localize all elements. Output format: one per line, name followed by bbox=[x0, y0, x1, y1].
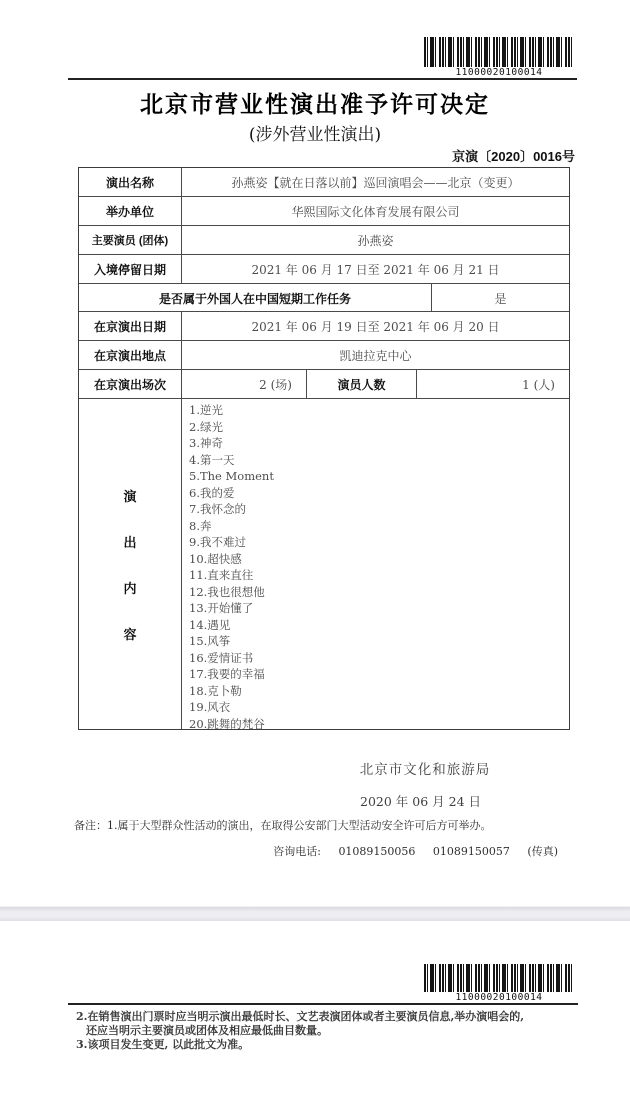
document-title: 北京市营业性演出准予许可决定 bbox=[0, 86, 630, 119]
song-item: 13.开始懂了 bbox=[189, 600, 563, 617]
song-item: 19.风衣 bbox=[189, 699, 563, 716]
table-row: 演出名称 孙燕姿【就在日落以前】巡回演唱会——北京（变更） bbox=[79, 168, 569, 196]
song-item: 9.我不难过 bbox=[189, 534, 563, 551]
song-item: 11.直来直往 bbox=[189, 567, 563, 584]
song-item: 16.爱情证书 bbox=[189, 650, 563, 667]
contact-phone-line: 咨询电话: 01089150056 01089150057 (传真) bbox=[200, 843, 558, 859]
remark-note-3: 3.该项目发生变更, 以此批文为准。 bbox=[76, 1036, 249, 1052]
row-label-main-performer: 主要演员 (团体) bbox=[79, 226, 181, 254]
row-value-performer-count: 1 (人) bbox=[416, 370, 569, 398]
table-row: 是否属于外国人在中国短期工作任务 是 bbox=[79, 283, 569, 311]
song-item: 17.我要的幸福 bbox=[189, 666, 563, 683]
song-item: 20.跳舞的梵谷 bbox=[189, 716, 563, 733]
phone-number-1: 01089150056 bbox=[338, 845, 415, 858]
row-value-beijing-venue: 凯迪拉克中心 bbox=[181, 341, 569, 369]
song-item: 14.遇见 bbox=[189, 617, 563, 634]
row-value-main-performer: 孙燕姿 bbox=[181, 226, 569, 254]
document-number: 京演〔2020〕0016号 bbox=[300, 146, 575, 165]
table-row: 举办单位 华熙国际文化体育发展有限公司 bbox=[79, 196, 569, 225]
content-label-char: 容 bbox=[123, 624, 136, 643]
song-item: 2.绿光 bbox=[189, 419, 563, 436]
row-label-beijing-venue: 在京演出地点 bbox=[79, 341, 181, 369]
row-value-short-term-work: 是 bbox=[431, 284, 569, 312]
table-row: 主要演员 (团体) 孙燕姿 bbox=[79, 225, 569, 254]
row-label-short-term-work: 是否属于外国人在中国短期工作任务 bbox=[79, 284, 431, 312]
song-item: 4.第一天 bbox=[189, 452, 563, 469]
barcode-bottom-number: 11000020100014 bbox=[424, 992, 574, 1003]
row-value-performance-name: 孙燕姿【就在日落以前】巡回演唱会——北京（变更） bbox=[181, 168, 569, 196]
row-value-show-count: 2 (场) bbox=[181, 370, 306, 398]
content-label-char: 出 bbox=[123, 532, 136, 551]
song-item: 8.奔 bbox=[189, 518, 563, 535]
issuing-authority: 北京市文化和旅游局 bbox=[280, 758, 570, 778]
row-label-entry-stay-dates: 入境停留日期 bbox=[79, 255, 181, 283]
table-row: 在京演出场次 2 (场) 演员人数 1 (人) bbox=[79, 369, 569, 398]
remark-note-1: 备注：1.属于大型群众性活动的演出，在取得公安部门大型活动安全许可后方可举办。 bbox=[74, 817, 492, 833]
song-item: 10.超快感 bbox=[189, 551, 563, 568]
song-list: 1.逆光 2.绿光 3.神奇 4.第一天 5.The Moment 6.我的爱 … bbox=[181, 399, 569, 729]
song-item: 18.克卜勒 bbox=[189, 683, 563, 700]
barcode-bottom-image bbox=[424, 964, 574, 992]
song-item: 1.逆光 bbox=[189, 402, 563, 419]
row-label-beijing-dates: 在京演出日期 bbox=[79, 312, 181, 340]
row-label-performer-count: 演员人数 bbox=[306, 370, 416, 398]
song-item: 12.我也很想他 bbox=[189, 584, 563, 601]
song-item: 15.风筝 bbox=[189, 633, 563, 650]
permit-table: 演出名称 孙燕姿【就在日落以前】巡回演唱会——北京（变更） 举办单位 华熙国际文… bbox=[78, 167, 570, 730]
barcode-top-image bbox=[424, 37, 574, 67]
song-item: 6.我的爱 bbox=[189, 485, 563, 502]
phone-number-2: 01089150057 bbox=[433, 845, 510, 858]
table-row-content: 演 出 内 容 1.逆光 2.绿光 3.神奇 4.第一天 5.The Momen… bbox=[79, 398, 569, 729]
content-label-char: 演 bbox=[123, 486, 136, 505]
song-item: 5.The Moment bbox=[189, 468, 563, 485]
row-value-entry-stay-dates: 2021 年 06 月 17 日至 2021 年 06 月 21 日 bbox=[181, 255, 569, 283]
row-label-organizer: 举办单位 bbox=[79, 197, 181, 225]
issue-date: 2020 年 06 月 24 日 bbox=[283, 792, 558, 810]
header-divider-line bbox=[68, 78, 577, 80]
table-row: 在京演出日期 2021 年 06 月 19 日至 2021 年 06 月 20 … bbox=[79, 311, 569, 340]
document-subtitle: (涉外营业性演出) bbox=[0, 120, 630, 145]
content-label-char: 内 bbox=[123, 578, 136, 597]
page2-divider-line bbox=[68, 1003, 578, 1005]
row-label-show-count: 在京演出场次 bbox=[79, 370, 181, 398]
row-value-beijing-dates: 2021 年 06 月 19 日至 2021 年 06 月 20 日 bbox=[181, 312, 569, 340]
table-row: 在京演出地点 凯迪拉克中心 bbox=[79, 340, 569, 369]
content-label-vertical: 演 出 内 容 bbox=[79, 399, 181, 729]
phone-label: 咨询电话: bbox=[273, 845, 321, 858]
song-item: 7.我怀念的 bbox=[189, 501, 563, 518]
table-row: 入境停留日期 2021 年 06 月 17 日至 2021 年 06 月 21 … bbox=[79, 254, 569, 283]
row-label-performance-name: 演出名称 bbox=[79, 168, 181, 196]
song-item: 3.神奇 bbox=[189, 435, 563, 452]
page-separator bbox=[0, 906, 630, 921]
row-value-organizer: 华熙国际文化体育发展有限公司 bbox=[181, 197, 569, 225]
barcode-top-number: 11000020100014 bbox=[424, 67, 574, 78]
permit-document: { "header": { "barcode_number": "1100002… bbox=[0, 0, 630, 1095]
fax-suffix: (传真) bbox=[527, 845, 558, 858]
